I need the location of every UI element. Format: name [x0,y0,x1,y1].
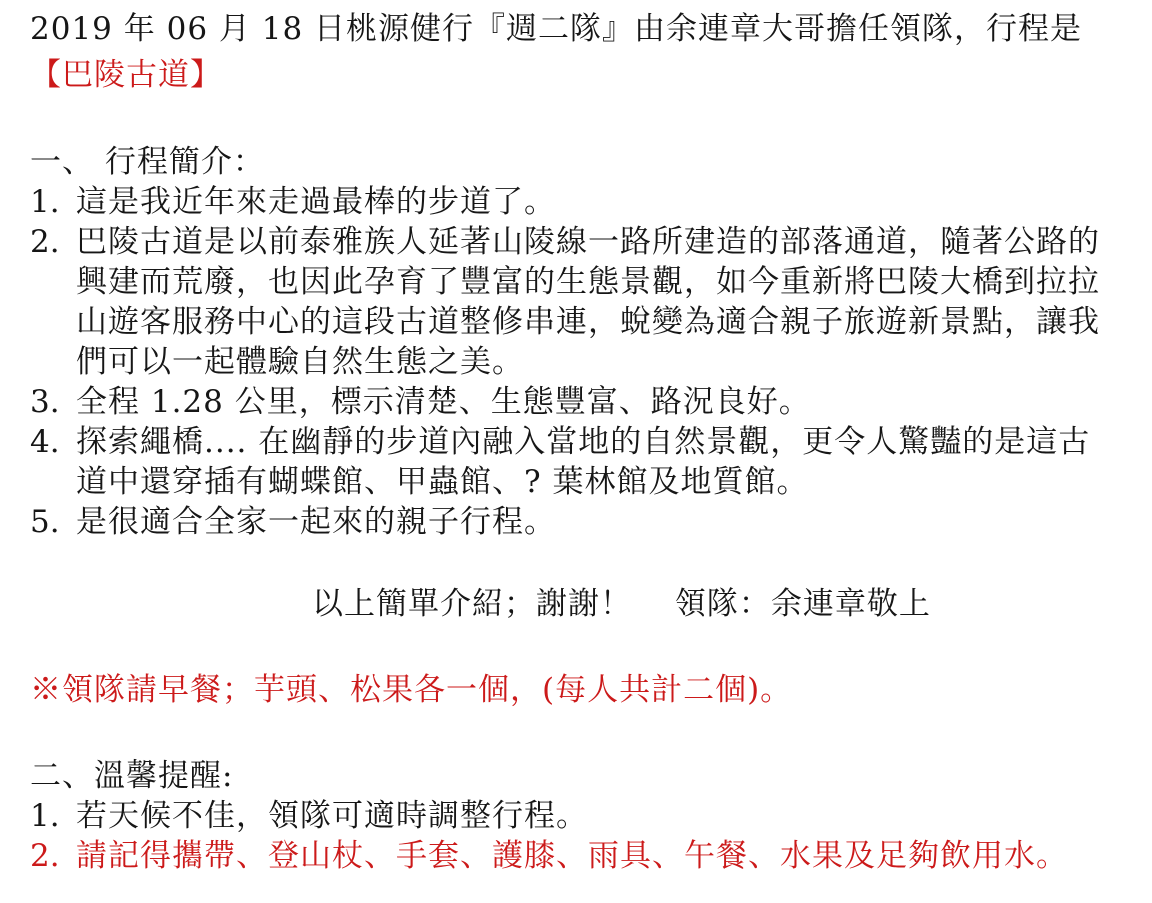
list-item-number: 4. [30,422,76,462]
list-item-text: 請記得攜帶、登山杖、手套、護膝、雨具、午餐、水果及足夠飲用水。 [76,836,1118,876]
trail-name-highlight: 【巴陵古道】 [30,57,222,93]
list-item: 1. 這是我近年來走過最棒的步道了。 [30,182,1118,222]
section1-list: 1. 這是我近年來走過最棒的步道了。 2. 巴陵古道是以前泰雅族人延著山陵線一路… [30,182,1118,542]
signoff-line: 以上簡單介紹；謝謝！ 領隊：余連章敬上 [312,584,1118,624]
list-item-number: 1. [30,182,76,222]
list-item-text: 巴陵古道是以前泰雅族人延著山陵線一路所建造的部落通道，隨著公路的興建而荒廢，也因… [76,222,1118,382]
section2-heading: 二、溫馨提醒: [30,756,1118,796]
list-item-number: 3. [30,382,76,422]
list-item-number: 1. [30,796,76,836]
list-item-number: 2. [30,836,76,876]
list-item: 2. 巴陵古道是以前泰雅族人延著山陵線一路所建造的部落通道，隨著公路的興建而荒廢… [30,222,1118,382]
list-item-text: 這是我近年來走過最棒的步道了。 [76,182,1118,222]
list-item-text: 若天候不佳，領隊可適時調整行程。 [76,796,1118,836]
leader-breakfast-note: ※領隊請早餐；芋頭、松果各一個，(每人共計二個)。 [30,670,1118,710]
list-item-number: 5. [30,502,76,542]
section1-heading: 一、 行程簡介： [30,142,1118,182]
intro-text: 2019 年 06 月 18 日桃源健行『週二隊』由余連章大哥擔任領隊，行程是 [30,11,1082,47]
list-item: 5. 是很適合全家一起來的親子行程。 [30,502,1118,542]
list-item: 1. 若天候不佳，領隊可適時調整行程。 [30,796,1118,836]
list-item-number: 2. [30,222,76,262]
document-page: 2019 年 06 月 18 日桃源健行『週二隊』由余連章大哥擔任領隊，行程是【… [0,0,1152,876]
list-item: 3. 全程 1.28 公里，標示清楚、生態豐富、路況良好。 [30,382,1118,422]
list-item: 4. 探索繩橋.... 在幽靜的步道內融入當地的自然景觀，更令人驚豔的是這古道中… [30,422,1118,502]
intro-paragraph: 2019 年 06 月 18 日桃源健行『週二隊』由余連章大哥擔任領隊，行程是【… [30,6,1118,98]
section2-list: 1. 若天候不佳，領隊可適時調整行程。 2. 請記得攜帶、登山杖、手套、護膝、雨… [30,796,1118,876]
list-item-text: 探索繩橋.... 在幽靜的步道內融入當地的自然景觀，更令人驚豔的是這古道中還穿插… [76,422,1118,502]
list-item-text: 是很適合全家一起來的親子行程。 [76,502,1118,542]
list-item: 2. 請記得攜帶、登山杖、手套、護膝、雨具、午餐、水果及足夠飲用水。 [30,836,1118,876]
list-item-text: 全程 1.28 公里，標示清楚、生態豐富、路況良好。 [76,382,1118,422]
